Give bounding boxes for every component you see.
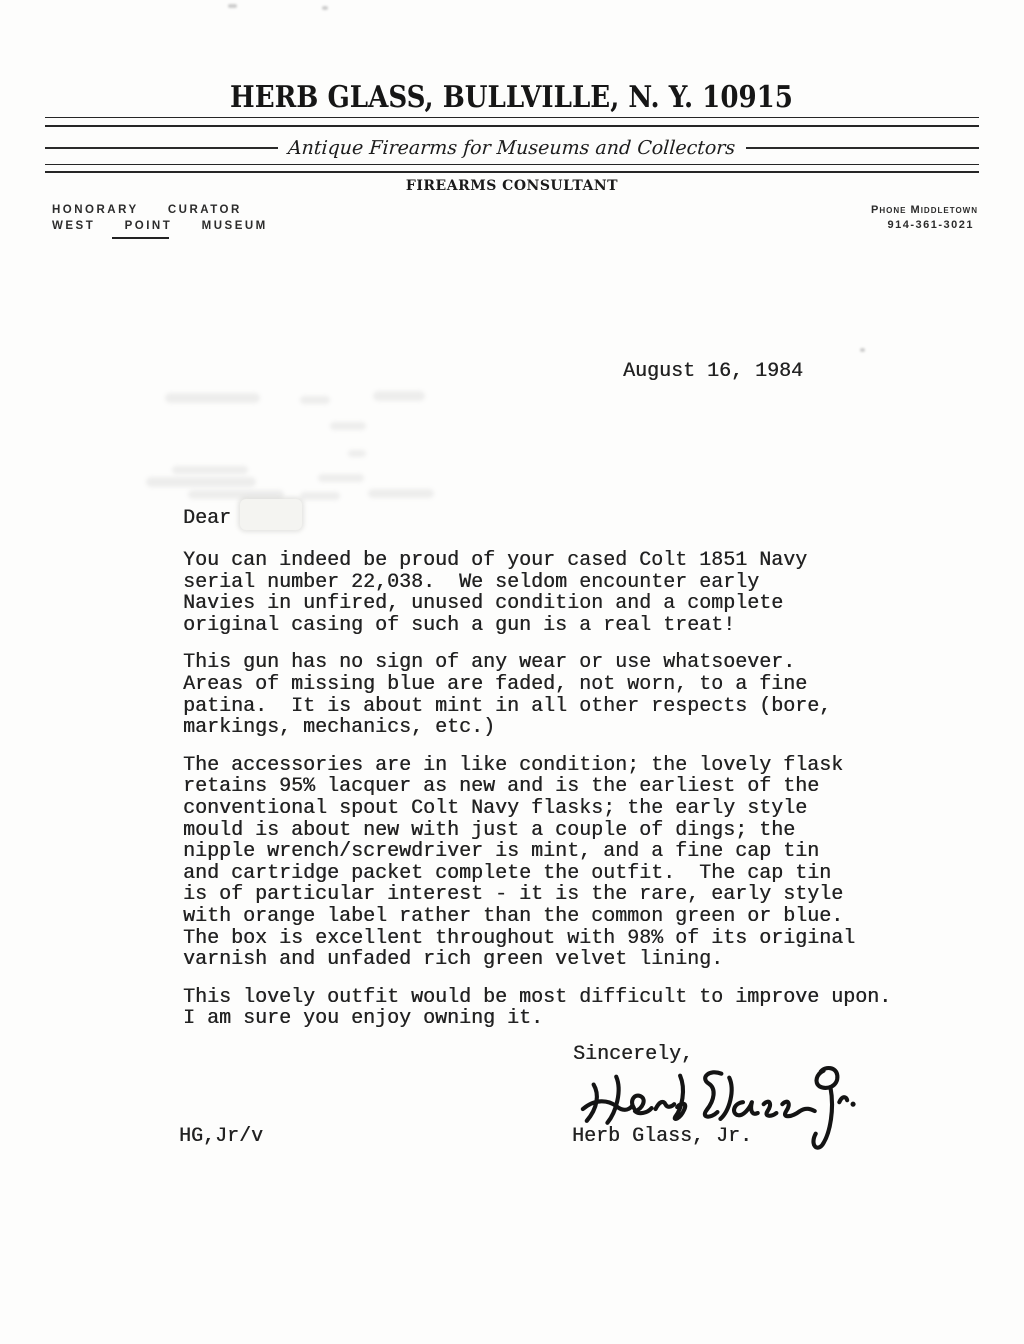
phone-block: Phone Middletown 914-361-3021 (871, 204, 978, 231)
paragraph-2: This gun has no sign of any wear or use … (183, 652, 943, 738)
curator-block: HONORARY CURATORWEST POINT MUSEUM (52, 202, 268, 234)
handwritten-signature (572, 1056, 857, 1171)
erased-text-smudge (165, 393, 260, 403)
erased-text-smudge (368, 489, 434, 498)
erased-text-smudge (300, 396, 330, 404)
motto-row: Antique Firearms for Museums and Collect… (45, 135, 979, 161)
erased-text-smudge (373, 391, 425, 401)
rule-bottom-thin (45, 164, 979, 165)
erased-text-smudge (188, 490, 284, 499)
paragraph-1: You can indeed be proud of your cased Co… (183, 550, 943, 636)
paragraph-4: This lovely outfit would be most difficu… (183, 987, 943, 1030)
scan-speck (322, 6, 328, 10)
rule-top-thick (45, 125, 979, 127)
rule-top-thin (45, 117, 979, 118)
paragraph-3: The accessories are in like condition; t… (183, 755, 943, 971)
letterhead-title: HERB GLASS, BULLVILLE, N. Y. 10915 (0, 80, 1024, 115)
letterhead-motto: Antique Firearms for Museums and Collect… (278, 137, 747, 159)
typist-initials: HG,Jr/v (179, 1126, 263, 1148)
letterhead-rules: Antique Firearms for Museums and Collect… (45, 117, 979, 175)
scan-speck (228, 4, 237, 8)
consultant-line: FIREARMS CONSULTANT (0, 178, 1024, 194)
letter-body: You can indeed be proud of your cased Co… (183, 550, 943, 1046)
motto-left-rule (45, 147, 278, 149)
motto-right-rule (746, 147, 979, 149)
date-line: August 16, 1984 (623, 361, 803, 383)
typed-signature-name: Herb Glass, Jr. (572, 1126, 752, 1148)
erased-text-smudge (146, 477, 256, 487)
rule-bottom-thick (45, 171, 979, 173)
erased-text-smudge (172, 466, 248, 474)
erased-text-smudge (348, 450, 366, 457)
scan-speck (860, 348, 865, 352)
erased-text-smudge (318, 474, 364, 482)
redacted-recipient-name (240, 499, 302, 530)
erased-text-smudge (300, 492, 340, 500)
phone-number: 914-361-3021 (871, 219, 978, 231)
salutation: Dear (183, 508, 231, 530)
scanned-letter-page: HERB GLASS, BULLVILLE, N. Y. 10915 Antiq… (0, 0, 1024, 1344)
curator-line-2: WEST POINT MUSEUM (52, 220, 268, 232)
curator-line-1: HONORARY CURATOR (52, 204, 242, 216)
phone-exchange: Phone Middletown (871, 204, 978, 216)
curator-underline (112, 237, 169, 239)
erased-text-smudge (330, 422, 366, 430)
